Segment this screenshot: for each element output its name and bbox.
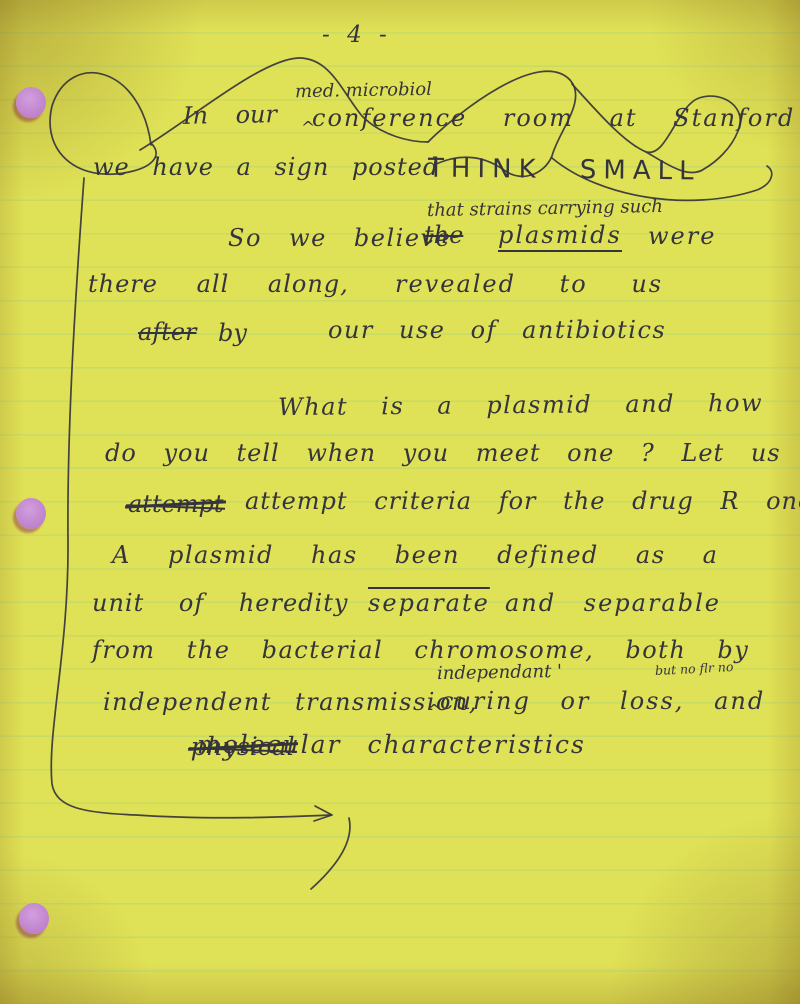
p2-line1-struck-word: the: [424, 223, 463, 247]
p4-margin-note: but no flr no: [655, 661, 734, 678]
p2-line2-left: there all along,: [88, 272, 349, 296]
p1-line1-pre: In our: [183, 102, 277, 128]
pen-hook-mark: [311, 818, 350, 889]
p2-line1-insertion: that strains carrying such: [427, 198, 663, 220]
p3-line1: What is a plasmid and how: [278, 391, 763, 419]
p1-line2-pre: we have a sign posted: [93, 155, 439, 179]
p3-line2: do you tell when you meet one ? Let us: [105, 441, 781, 465]
p3-line3-rest: attempt criteria for the drug R ones: [245, 489, 800, 513]
think-small-slogan: THINK SMALL: [428, 156, 701, 185]
p4-line4-end: curing or loss, and: [440, 689, 765, 713]
p2-underlined-word: plasmids: [498, 223, 622, 252]
p4-line1: A plasmid has been defined as a: [112, 543, 718, 567]
p4-line2-pre: unit of heredity: [92, 591, 348, 615]
p3-line3-struck-word: attempt: [128, 490, 224, 518]
page-number: - 4 -: [322, 24, 392, 47]
p2-line1-end: were: [648, 224, 716, 248]
p4-line5-rest: molecular characteristics: [197, 732, 586, 757]
hole-punch-top: [16, 87, 46, 118]
pen-arrowhead: [314, 806, 332, 821]
p1-line1-insertion: med. microbiol: [295, 81, 432, 101]
p4-line3: from the bacterial chromosome, both by: [92, 638, 749, 662]
hole-punch-bottom: [19, 903, 49, 934]
p2-line3-mid: by: [218, 321, 247, 345]
p4-line4-pre: independent transmission,: [103, 690, 478, 714]
p2-line3-struck-word: after: [138, 320, 197, 344]
p4-overlined-word: separate: [368, 591, 490, 615]
p2-line3-end: our use of antibiotics: [328, 318, 666, 342]
p2-line1-pre: So we believe: [228, 226, 451, 250]
p4-line4-insertion: independant ': [437, 663, 562, 683]
p1-line1-post: conference room at Stanford: [312, 106, 795, 130]
manuscript-page: - 4 - In our med. microbiol ^ conference…: [0, 0, 800, 1004]
hole-punch-middle: [16, 498, 46, 529]
p2-line2-right: revealed to us: [395, 272, 663, 296]
p4-line2-end: and separable: [505, 591, 721, 615]
